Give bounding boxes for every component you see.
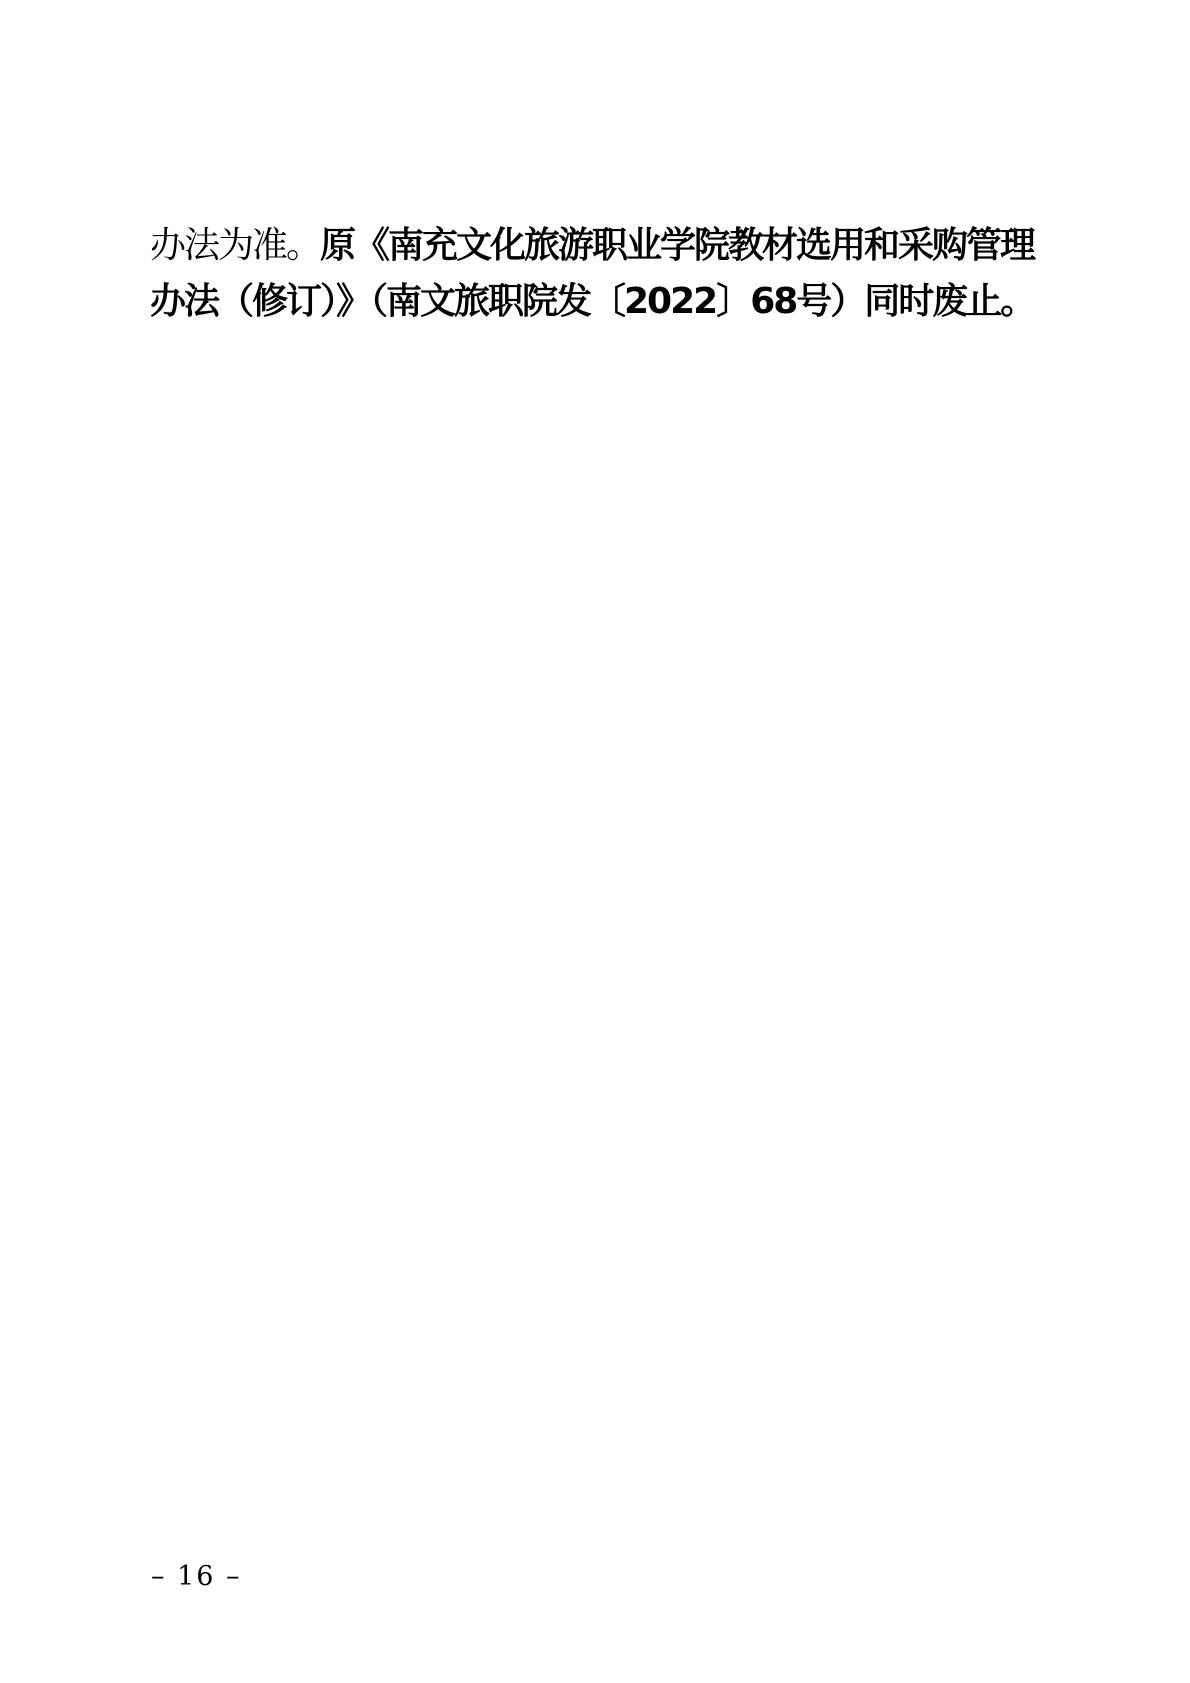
paragraph-line-2: 办法（修订）》（南文旅职院发〔2022〕68号）同时废止。 (150, 273, 1040, 329)
page-number: – 16 – (151, 1560, 242, 1594)
document-body: { "content": { "line1_kaiti": "办法为准。", "… (0, 0, 1190, 1683)
document-page: 办法为准。原《南充文化旅游职业学院教材选用和采购管理 办法（修订）》（南文旅职院… (0, 0, 1190, 1683)
paragraph-run-kaiti: 办法为准。 (150, 225, 320, 266)
paragraph-run-bold-1: 原《南充文化旅游职业学院教材选用和采购管理 (320, 225, 1034, 266)
paragraph: 办法为准。原《南充文化旅游职业学院教材选用和采购管理 办法（修订）》（南文旅职院… (150, 217, 1040, 329)
paragraph-run-bold-2: 办法（修订）》（南文旅职院发〔2022〕68号）同时废止。 (150, 281, 1034, 322)
paragraph-line-1: 办法为准。原《南充文化旅游职业学院教材选用和采购管理 (150, 217, 1040, 273)
